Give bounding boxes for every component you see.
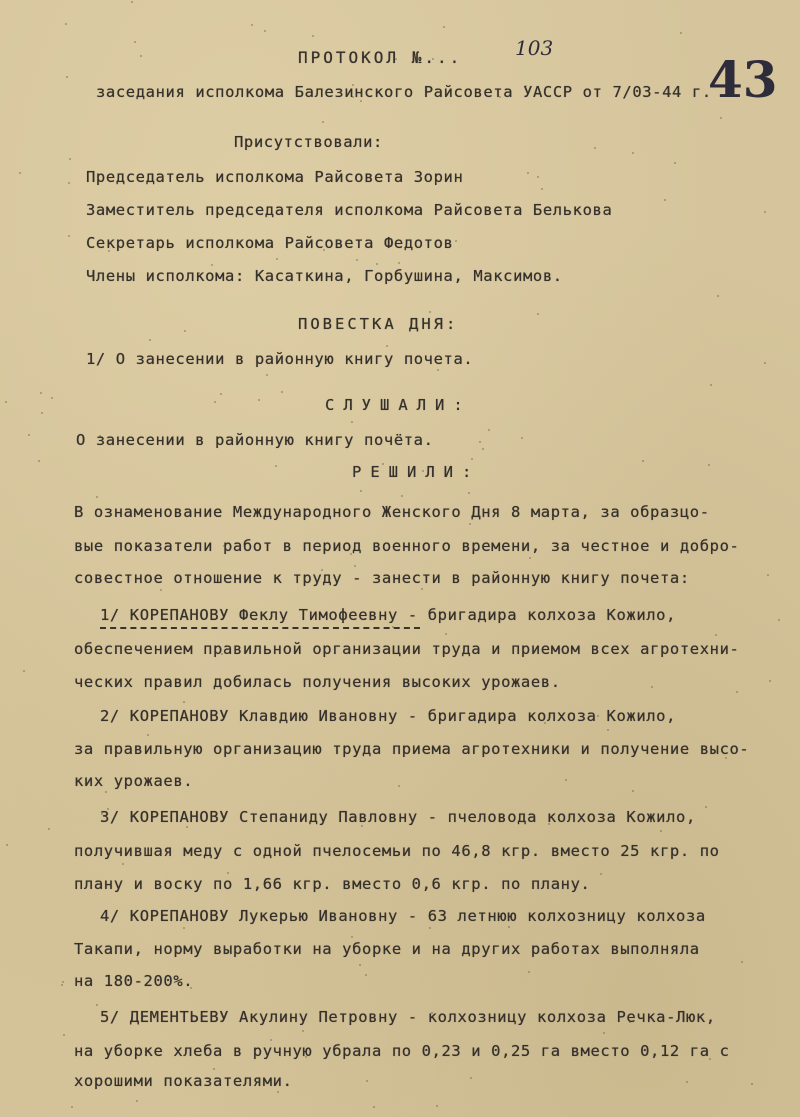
paper-speck <box>302 1030 304 1032</box>
entry-3-line-2: получившая меду с одной пчелосемьи по 46… <box>74 842 720 860</box>
entry-3-line-1: 3/ КОРЕПАНОВУ Степаниду Павловну - пчело… <box>100 808 696 826</box>
present-heading: Присутствовали: <box>234 133 383 151</box>
paper-speck <box>708 464 710 466</box>
decision-intro-line: совестное отношение к труду - занести в … <box>74 569 690 587</box>
paper-speck <box>40 392 42 394</box>
paper-speck <box>528 971 530 973</box>
handwritten-page-number: 43 <box>708 50 778 109</box>
paper-speck <box>63 1034 65 1036</box>
paper-speck <box>41 412 43 414</box>
paper-speck <box>360 490 362 492</box>
paper-speck <box>264 30 266 32</box>
protocol-title-text: ПРОТОКОЛ №... <box>298 48 462 67</box>
paper-speck <box>136 1100 138 1102</box>
paper-speck <box>96 496 98 498</box>
paper-speck <box>6 844 8 846</box>
paper-speck <box>471 458 473 460</box>
paper-speck <box>68 235 70 237</box>
paper-speck <box>365 974 367 976</box>
paper-speck <box>705 806 707 808</box>
paper-speck <box>651 686 653 688</box>
paper-speck <box>398 785 400 787</box>
paper-speck <box>312 35 314 37</box>
paper-speck <box>664 199 666 201</box>
paper-speck <box>277 1091 279 1093</box>
paper-speck <box>479 441 481 443</box>
paper-speck <box>717 295 719 297</box>
present-line: Члены исполкома: Касаткина, Горбушина, М… <box>86 267 563 285</box>
paper-speck <box>281 391 283 393</box>
paper-speck <box>764 211 766 213</box>
paper-speck <box>488 429 490 431</box>
paper-speck <box>537 313 539 315</box>
entry-1-line-3: ческих правил добилась получения высоких… <box>74 673 561 691</box>
paper-speck <box>398 262 400 264</box>
handwritten-protocol-number: 103 <box>515 36 553 60</box>
paper-speck <box>61 984 63 986</box>
paper-speck <box>455 240 457 242</box>
paper-speck <box>508 926 510 928</box>
paper-speck <box>769 680 771 682</box>
paper-speck <box>527 172 529 174</box>
entry-5-line-3: хорошими показателями. <box>74 1072 293 1090</box>
paper-speck <box>258 399 260 401</box>
protocol-title: ПРОТОКОЛ №... <box>298 48 462 67</box>
present-line: Председатель исполкома Райсовета Зорин <box>86 168 463 186</box>
entry-2-line-1: 2/ КОРЕПАНОВУ Клавдию Ивановну - бригади… <box>100 707 676 725</box>
paper-speck <box>227 872 229 874</box>
entry-4-line-2: Такапи, норму выработки на уборке и на д… <box>74 940 700 958</box>
paper-speck <box>105 791 107 793</box>
paper-speck <box>537 176 539 178</box>
paper-speck <box>211 264 213 266</box>
paper-speck <box>470 1077 472 1079</box>
paper-speck <box>736 691 738 693</box>
entry-4-line-1: 4/ КОРЕПАНОВУ Лукерью Ивановну - 63 летн… <box>100 907 706 925</box>
paper-speck <box>351 936 353 938</box>
paper-speck <box>521 437 523 439</box>
paper-speck <box>421 588 423 590</box>
paper-speck <box>720 117 722 119</box>
paper-speck <box>767 574 769 576</box>
paper-speck <box>376 263 378 265</box>
paper-speck <box>386 345 388 347</box>
paper-speck <box>445 633 447 635</box>
entry-1-line-1: 1/ КОРЕПАНОВУ Феклу Тимофеевну - бригади… <box>100 606 676 624</box>
paper-speck <box>38 460 40 462</box>
paper-speck <box>482 448 484 450</box>
present-line: Заместитель председателя исполкома Райсо… <box>86 201 612 219</box>
entry-1-line-2: обеспечением правильной организации труд… <box>74 640 739 658</box>
handwritten-underline <box>100 627 420 629</box>
paper-speck <box>680 32 682 34</box>
paper-speck <box>607 729 609 731</box>
paper-speck <box>429 927 431 929</box>
paper-speck <box>642 460 644 462</box>
paper-speck <box>270 1039 272 1041</box>
paper-speck <box>764 362 766 364</box>
paper-speck <box>366 1080 368 1082</box>
paper-speck <box>686 1081 688 1083</box>
paper-speck <box>183 927 185 929</box>
paper-speck <box>594 147 596 149</box>
paper-speck <box>19 172 21 174</box>
paper-speck <box>66 76 68 78</box>
heard-text: О занесении в районную книгу почёта. <box>76 431 434 449</box>
present-line: Секретарь исполкома Райсовета Федотов <box>86 234 453 252</box>
paper-speck <box>140 55 142 57</box>
paper-speck <box>437 369 439 371</box>
paper-speck <box>214 401 216 403</box>
entry-2-line-3: ких урожаев. <box>74 772 193 790</box>
paper-speck <box>354 565 356 567</box>
paper-speck <box>213 1068 215 1070</box>
decision-intro-line: вые показатели работ в период военного в… <box>74 537 739 555</box>
entry-4-line-3: на 180-200%. <box>74 972 193 990</box>
paper-speck <box>184 330 186 332</box>
paper-speck <box>351 421 353 423</box>
paper-speck <box>565 779 567 781</box>
paper-speck <box>131 1 133 3</box>
paper-speck <box>603 1032 605 1034</box>
paper-speck <box>275 465 277 467</box>
paper-speck <box>266 374 268 376</box>
paper-speck <box>751 1083 753 1085</box>
paper-speck <box>436 1105 438 1107</box>
heard-heading: СЛУШАЛИ: <box>325 396 472 414</box>
paper-speck <box>778 619 780 621</box>
paper-speck <box>65 23 67 25</box>
paper-speck <box>134 41 136 43</box>
agenda-item: 1/ О занесении в районную книгу почета. <box>86 350 473 368</box>
paper-speck <box>529 557 531 559</box>
entry-2-line-2: за правильную организацию труда приема а… <box>74 740 749 758</box>
paper-speck <box>276 258 278 260</box>
decided-heading: РЕШИЛИ: <box>352 463 480 481</box>
paper-speck <box>600 873 602 875</box>
paper-speck <box>5 401 7 403</box>
paper-speck <box>68 182 70 184</box>
entry-5-line-1: 5/ ДЕМЕНТЬЕВУ Акулину Петровну - колхозн… <box>100 1008 716 1026</box>
paper-speck <box>186 826 188 828</box>
entry-5-line-2: на уборке хлеба в ручную убрала по 0,23 … <box>74 1042 730 1060</box>
paper-speck <box>469 523 471 525</box>
paper-speck <box>96 1004 98 1006</box>
paper-speck <box>541 188 543 190</box>
paper-speck <box>48 828 50 830</box>
agenda-heading: ПОВЕСТКА ДНЯ: <box>298 315 458 333</box>
protocol-subtitle: заседания исполкома Балезинского Райсове… <box>96 83 712 101</box>
paper-speck <box>660 830 662 832</box>
paper-speck <box>715 634 717 636</box>
paper-speck <box>122 863 124 865</box>
paper-speck <box>443 26 445 28</box>
paper-speck <box>674 162 676 164</box>
paper-speck <box>401 495 403 497</box>
paper-speck <box>710 384 712 386</box>
paper-speck <box>149 339 151 341</box>
paper-speck <box>632 790 634 792</box>
paper-speck <box>429 311 431 313</box>
paper-speck <box>183 701 185 703</box>
decision-intro-line: В ознаменование Международного Женского … <box>74 503 710 521</box>
paper-speck <box>359 964 361 966</box>
paper-speck <box>147 734 149 736</box>
paper-speck <box>251 24 253 26</box>
paper-speck <box>468 492 470 494</box>
paper-speck <box>51 397 53 399</box>
paper-speck <box>71 1106 73 1108</box>
paper-speck <box>373 1106 375 1108</box>
paper-speck <box>69 158 71 160</box>
paper-speck <box>632 152 634 154</box>
paper-speck <box>62 981 64 983</box>
paper-speck <box>160 589 162 591</box>
paper-speck <box>23 670 25 672</box>
paper-speck <box>322 121 324 123</box>
paper-speck <box>28 434 30 436</box>
paper-speck <box>356 259 358 261</box>
paper-speck <box>220 393 222 395</box>
entry-3-line-3: плану и воску по 1,66 кгр. вместо 0,6 кг… <box>74 875 590 893</box>
paper-speck <box>741 961 743 963</box>
